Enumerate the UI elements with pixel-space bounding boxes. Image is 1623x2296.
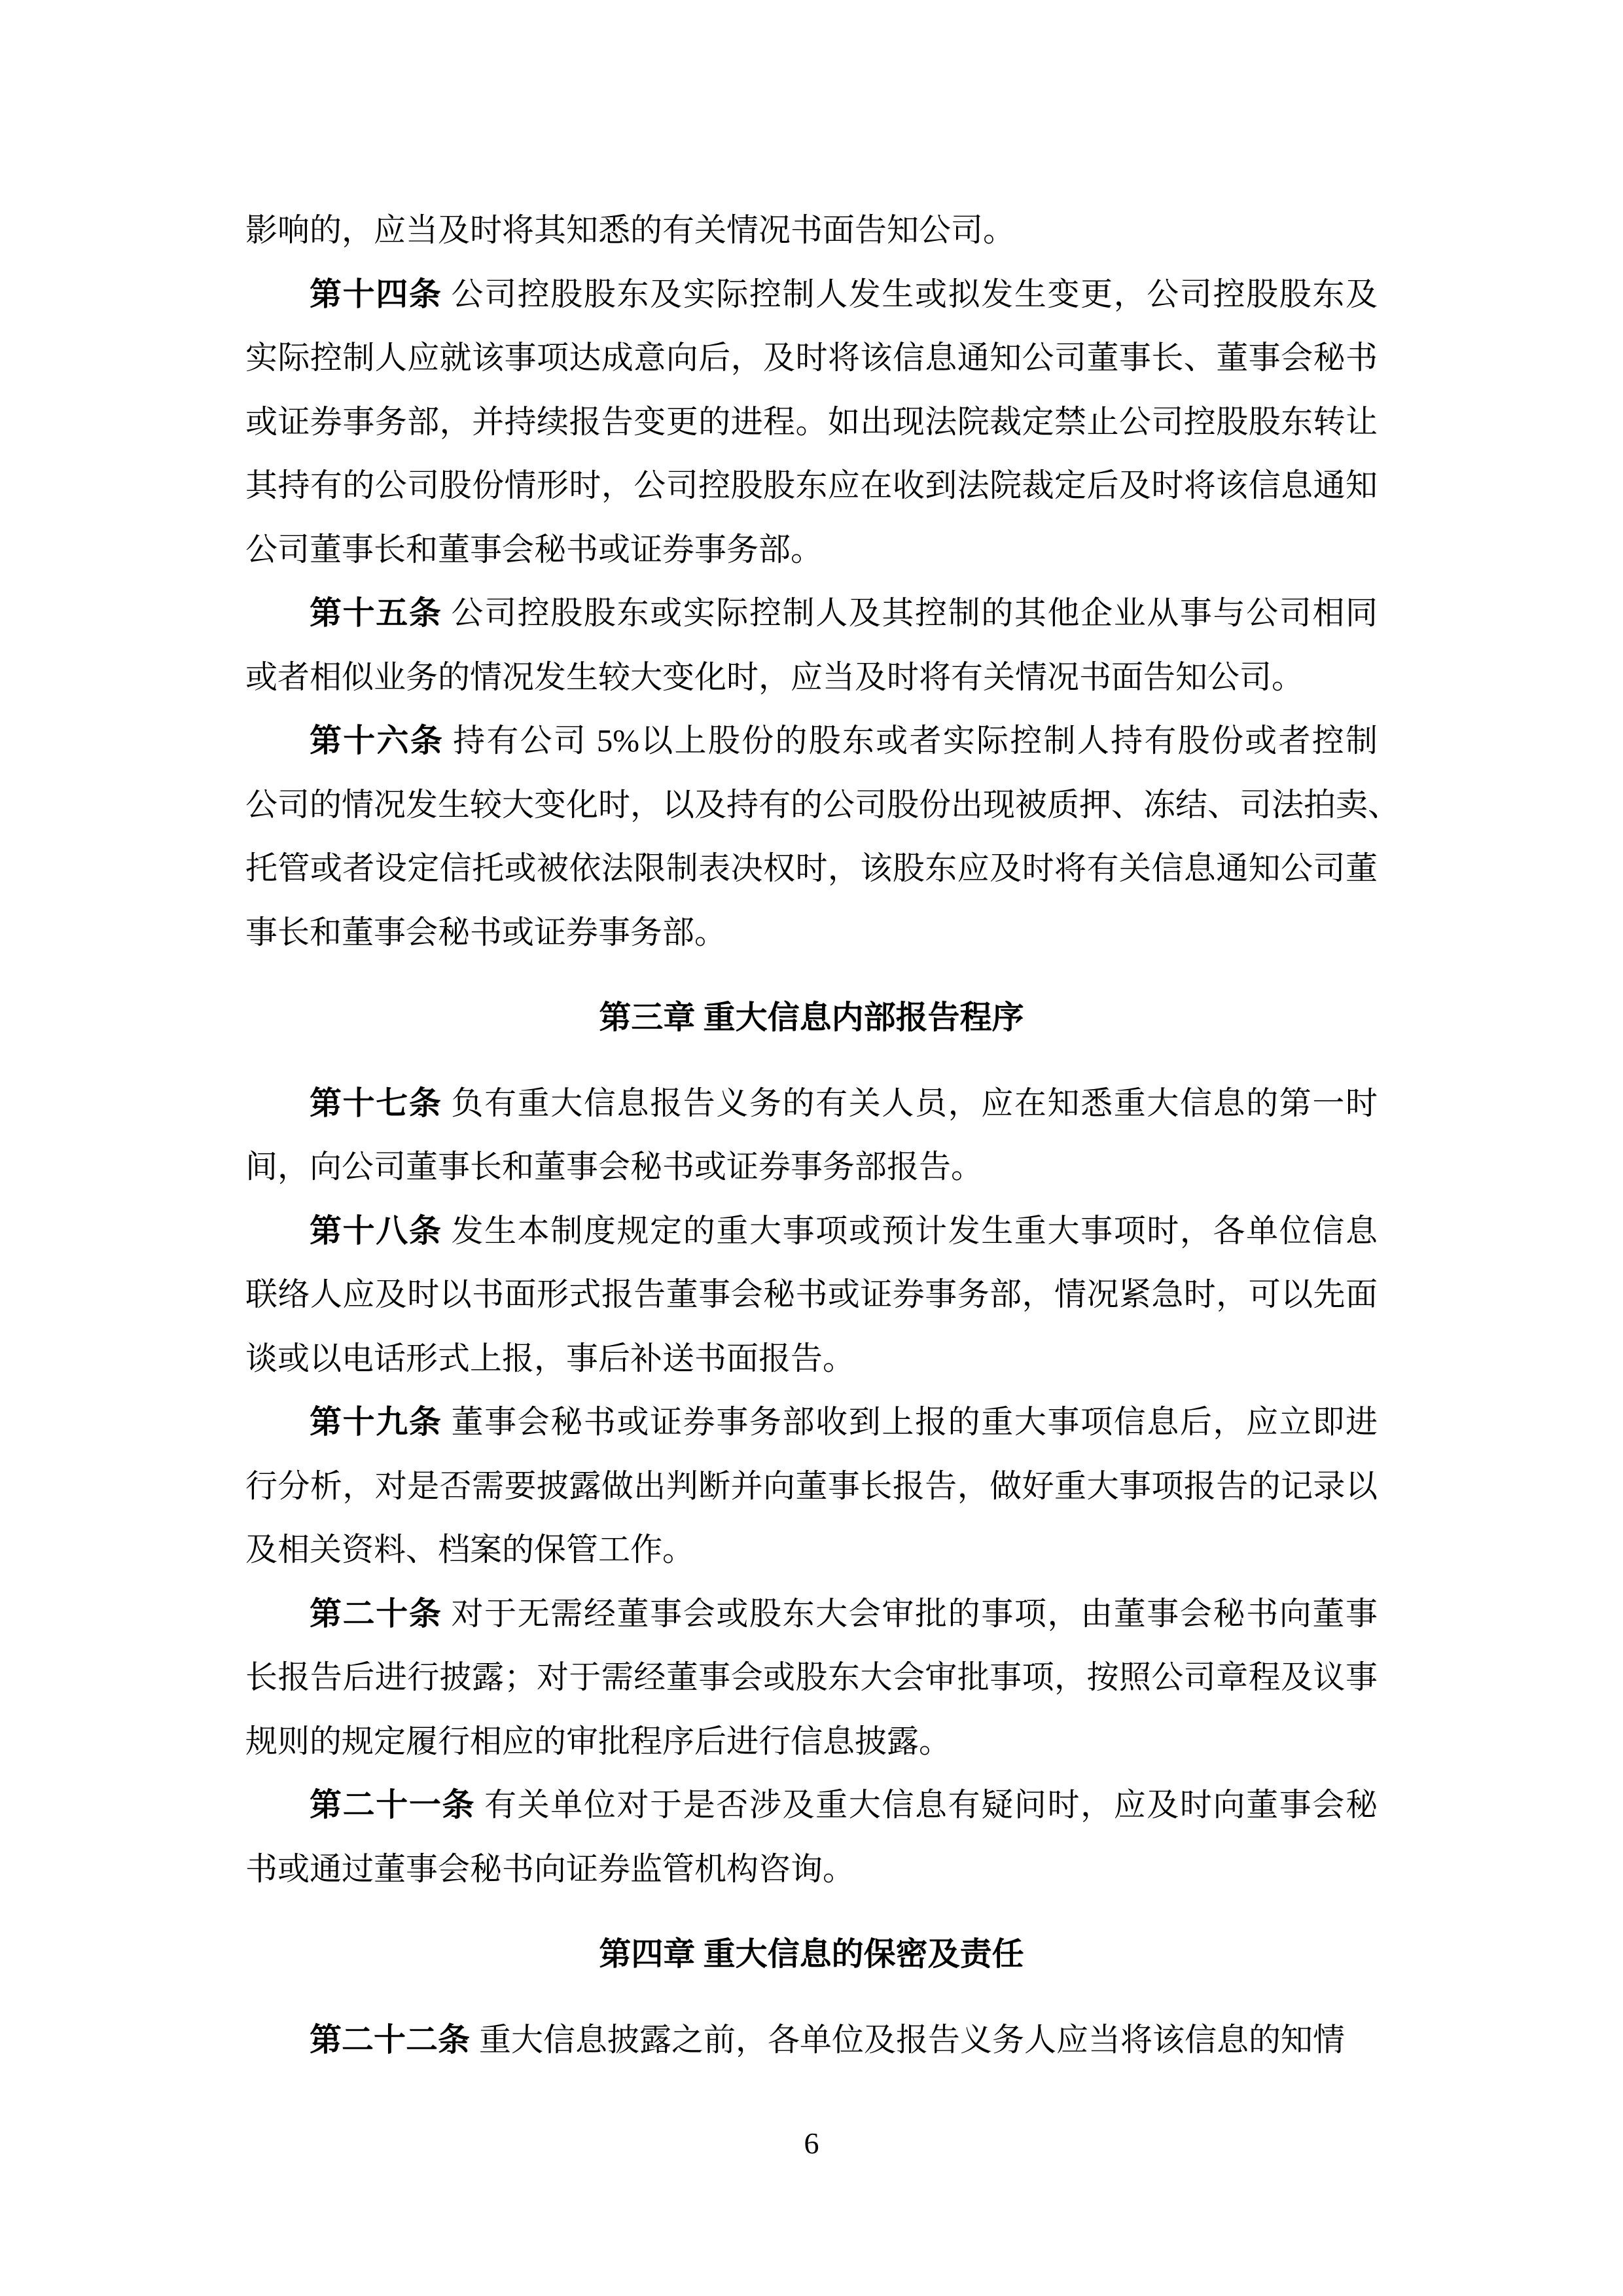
paragraph-line: 托管或者设定信托或被依法限制表决权时，该股东应及时将有关信息通知公司董: [245, 836, 1378, 901]
clause-text: 负有重大信息报告义务的有关人员，应在知悉重大信息的第一时: [451, 1085, 1378, 1121]
paragraph-line: 第二十一条有关单位对于是否涉及重大信息有疑问时，应及时向董事会秘: [245, 1773, 1378, 1837]
paragraph-line: 第二十二条重大信息披露之前，各单位及报告义务人应当将该信息的知情: [245, 2008, 1378, 2072]
clause-number-label: 第十五条: [310, 595, 442, 631]
paragraph-line: 规则的规定履行相应的审批程序后进行信息披露。: [245, 1710, 1378, 1774]
paragraph-line: 其持有的公司股份情形时，公司控股股东应在收到法院裁定后及时将该信息通知: [245, 454, 1378, 518]
paragraph-line: 行分析，对是否需要披露做出判断并向董事长报告，做好重大事项报告的记录以: [245, 1454, 1378, 1518]
clause-number-label: 第十六条: [310, 723, 444, 759]
paragraph-line: 第十八条发生本制度规定的重大事项或预计发生重大事项时，各单位信息: [245, 1199, 1378, 1263]
page-number: 6: [0, 2124, 1623, 2163]
clause-text: 对于无需经董事会或股东大会审批的事项，由董事会秘书向董事: [451, 1596, 1378, 1632]
paragraph-line: 公司董事长和董事会秘书或证券事务部。: [245, 518, 1378, 582]
paragraph-line: 第十六条持有公司 5%以上股份的股东或者实际控制人持有股份或者控制: [245, 709, 1378, 773]
paragraph-line: 影响的，应当及时将其知悉的有关情况书面告知公司。: [245, 198, 1378, 262]
chapter-heading: 第三章 重大信息内部报告程序: [245, 986, 1378, 1050]
paragraph-line: 第二十条对于无需经董事会或股东大会审批的事项，由董事会秘书向董事: [245, 1582, 1378, 1646]
clause-text: 有关单位对于是否涉及重大信息有疑问时，应及时向董事会秘: [484, 1787, 1378, 1823]
clause-text: 公司控股股东及实际控制人发生或拟发生变更，公司控股股东及: [451, 276, 1378, 312]
clause-number-label: 第十七条: [310, 1085, 442, 1121]
clause-text: 发生本制度规定的重大事项或预计发生重大事项时，各单位信息: [451, 1213, 1378, 1249]
paragraph-line: 谈或以电话形式上报，事后补送书面报告。: [245, 1327, 1378, 1391]
clause-text: 董事会秘书或证券事务部收到上报的重大事项信息后，应立即进: [451, 1404, 1378, 1440]
paragraph-line: 或者相似业务的情况发生较大变化时，应当及时将有关情况书面告知公司。: [245, 645, 1378, 709]
document-page: 影响的，应当及时将其知悉的有关情况书面告知公司。第十四条公司控股股东及实际控制人…: [0, 0, 1623, 2296]
paragraph-line: 第十九条董事会秘书或证券事务部收到上报的重大事项信息后，应立即进: [245, 1390, 1378, 1454]
paragraph-line: 书或通过董事会秘书向证券监管机构咨询。: [245, 1837, 1378, 1901]
clause-number-label: 第二十条: [310, 1596, 442, 1632]
clause-text: 公司控股股东或实际控制人及其控制的其他企业从事与公司相同: [451, 595, 1378, 631]
paragraph-line: 长报告后进行披露；对于需经董事会或股东大会审批事项，按照公司章程及议事: [245, 1645, 1378, 1710]
paragraph-line: 公司的情况发生较大变化时，以及持有的公司股份出现被质押、冻结、司法拍卖、: [245, 773, 1378, 837]
clause-number-label: 第二十一条: [310, 1787, 475, 1823]
clause-text: 持有公司 5%以上股份的股东或者实际控制人持有股份或者控制: [453, 723, 1378, 759]
clause-number-label: 第十九条: [310, 1404, 442, 1440]
clause-number-label: 第二十二条: [310, 2022, 470, 2058]
chapter-heading: 第四章 重大信息的保密及责任: [245, 1922, 1378, 1986]
paragraph-line: 实际控制人应就该事项达成意向后，及时将该信息通知公司董事长、董事会秘书: [245, 326, 1378, 390]
paragraph-line: 第十四条公司控股股东及实际控制人发生或拟发生变更，公司控股股东及: [245, 262, 1378, 327]
paragraph-line: 间，向公司董事长和董事会秘书或证券事务部报告。: [245, 1135, 1378, 1199]
text-block: 影响的，应当及时将其知悉的有关情况书面告知公司。第十四条公司控股股东及实际控制人…: [245, 198, 1378, 2072]
paragraph-line: 事长和董事会秘书或证券事务部。: [245, 901, 1378, 965]
paragraph-line: 联络人应及时以书面形式报告董事会秘书或证券事务部，情况紧急时，可以先面: [245, 1263, 1378, 1327]
paragraph-line: 或证券事务部，并持续报告变更的进程。如出现法院裁定禁止公司控股股东转让: [245, 390, 1378, 454]
paragraph-line: 及相关资料、档案的保管工作。: [245, 1518, 1378, 1582]
clause-number-label: 第十八条: [310, 1213, 442, 1249]
clause-number-label: 第十四条: [310, 276, 442, 312]
paragraph-line: 第十五条公司控股股东或实际控制人及其控制的其他企业从事与公司相同: [245, 581, 1378, 645]
clause-text: 重大信息披露之前，各单位及报告义务人应当将该信息的知情: [479, 2022, 1345, 2058]
paragraph-line: 第十七条负有重大信息报告义务的有关人员，应在知悉重大信息的第一时: [245, 1071, 1378, 1136]
